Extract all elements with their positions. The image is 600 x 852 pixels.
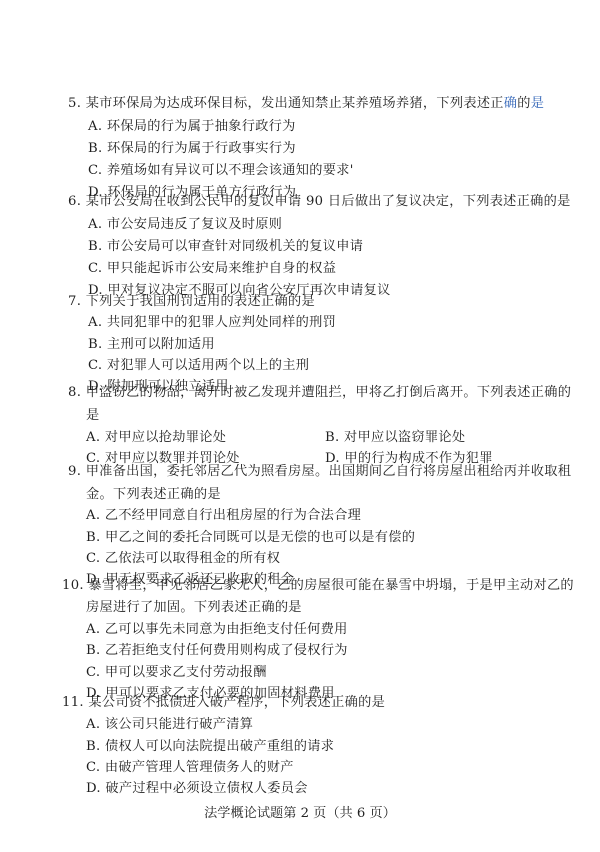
option-text: 市公安局违反了复议及时原则 [107, 217, 282, 232]
option-b: B. 市公安局可以审查针对同级机关的复议申请 [88, 239, 363, 255]
option-label: B. [325, 430, 339, 445]
question-stem: 11. 某公司资不抵债进入破产程序，下列表述正确的是 [62, 695, 385, 711]
stem-text: 暴雪将至，甲见邻居乙家无人，乙的房屋很可能在暴雪中坍塌，于是甲主动对乙的 [88, 578, 574, 593]
question-number: 5. [68, 96, 81, 112]
stem-text: 是 [86, 408, 100, 423]
question-stem-continued: 金。下列表述正确的是 [86, 487, 221, 503]
question-stem: 8. 甲盗窃乙的物品，离开时被乙发现并遭阻拦，甲将乙打倒后离开。下列表述正确的 [68, 385, 571, 401]
stem-text: 甲准备出国，委托邻居乙代为照看房屋。出国期间乙自行将房屋出租给丙并收取租 [86, 464, 572, 479]
option-b: B. 环保局的行为属于行政事实行为 [88, 141, 296, 157]
stem-text: 金。下列表述正确的是 [86, 487, 221, 502]
option-text: 债权人可以向法院提出破产重组的请求 [105, 739, 334, 754]
option-text: 甲只能起诉市公安局来维护自身的权益 [107, 261, 336, 276]
option-a: A. 市公安局违反了复议及时原则 [88, 217, 282, 233]
option-c: C. 养殖场如有异议可以不理会该通知的要求' [88, 163, 354, 179]
stem-text: 某市公安局在收到公民甲的复议申请 90 日后做出了复议决定，下列表述正确的是 [86, 194, 571, 209]
option-a: A. 乙可以事先未同意为由拒绝支付任何费用 [86, 622, 348, 638]
option-label: A. [86, 508, 100, 523]
stem-text: 房屋进行了加固。下列表述正确的是 [86, 600, 302, 615]
option-label: D. [86, 781, 101, 796]
option-label: B. [86, 530, 100, 545]
option-c: C. 甲只能起诉市公安局来维护自身的权益 [88, 261, 336, 277]
stem-text: 确 [504, 96, 518, 111]
option-label: A. [86, 622, 100, 637]
question-stem: 7. 下列关于我国刑罚适用的表述正确的是 [68, 294, 315, 310]
question-number: 10. [62, 578, 84, 594]
option-c: C. 由破产管理人管理债务人的财产 [86, 760, 294, 776]
exam-page: 5. 某市环保局为达成环保目标，发出通知禁止某养殖场养猪，下列表述正确的是 A.… [0, 0, 600, 852]
option-label: A. [88, 119, 102, 134]
option-text: 乙依法可以取得租金的所有权 [105, 551, 280, 566]
option-label: B. [88, 337, 102, 352]
option-c: C. 乙依法可以取得租金的所有权 [86, 551, 280, 567]
option-b: B. 主刑可以附加适用 [88, 337, 215, 353]
question-number: 11. [62, 695, 84, 711]
option-a: A. 乙不经甲同意自行出租房屋的行为合法合理 [86, 508, 361, 524]
option-text: 环保局的行为属于抽象行政行为 [107, 119, 296, 134]
option-label: C. [86, 760, 100, 775]
option-b: B. 甲乙之间的委托合同既可以是无偿的也可以是有偿的 [86, 530, 415, 546]
question-stem-continued: 房屋进行了加固。下列表述正确的是 [86, 600, 302, 616]
option-label: B. [86, 739, 100, 754]
option-label: A. [86, 717, 100, 732]
option-d: D. 破产过程中必须设立债权人委员会 [86, 781, 308, 797]
option-a: A. 共同犯罪中的犯罪人应判处同样的刑罚 [88, 315, 336, 331]
option-label: C. [88, 163, 102, 178]
option-text: 乙可以事先未同意为由拒绝支付任何费用 [105, 622, 348, 637]
option-label: B. [88, 239, 102, 254]
option-label: C. [88, 261, 102, 276]
option-a: A. 该公司只能进行破产清算 [86, 717, 253, 733]
option-a: A. 环保局的行为属于抽象行政行为 [88, 119, 296, 135]
option-text: 乙不经甲同意自行出租房屋的行为合法合理 [105, 508, 361, 523]
stem-text: 某市环保局为达成环保目标，发出通知禁止某养殖场养猪，下列表述正 [86, 96, 504, 111]
option-label: C. [86, 551, 100, 566]
option-label: B. [88, 141, 102, 156]
question-stem: 9. 甲准备出国，委托邻居乙代为照看房屋。出国期间乙自行将房屋出租给丙并收取租 [68, 464, 571, 480]
question-stem: 6. 某市公安局在收到公民甲的复议申请 90 日后做出了复议决定，下列表述正确的… [68, 194, 571, 210]
option-c: C. 对犯罪人可以适用两个以上的主刑 [88, 358, 309, 374]
option-b: B. 对甲应以盗窃罪论处 [325, 430, 465, 446]
option-text: 该公司只能进行破产清算 [105, 717, 253, 732]
option-text: 甲可以要求乙支付劳动报酬 [105, 665, 267, 680]
option-text: 环保局的行为属于行政事实行为 [107, 141, 296, 156]
option-c: C. 甲可以要求乙支付劳动报酬 [86, 665, 267, 681]
option-b: B. 乙若拒绝支付任何费用则构成了侵权行为 [86, 643, 348, 659]
question-number: 9. [68, 464, 81, 480]
option-text: 对犯罪人可以适用两个以上的主刑 [107, 358, 309, 373]
option-text: 对甲应以抢劫罪论处 [105, 430, 226, 445]
question-number: 7. [68, 294, 81, 310]
option-text: 养殖场如有异议可以不理会该通知的要求' [107, 163, 354, 178]
stem-text: 下列关于我国刑罚适用的表述正确的是 [86, 294, 315, 309]
option-b: B. 债权人可以向法院提出破产重组的请求 [86, 739, 334, 755]
stem-text: 是 [531, 96, 545, 111]
option-label: A. [88, 217, 102, 232]
page-footer: 法学概论试题第 2 页（共 6 页） [0, 806, 600, 822]
option-text: 破产过程中必须设立债权人委员会 [105, 781, 307, 796]
option-label: A. [88, 315, 102, 330]
option-text: 甲乙之间的委托合同既可以是无偿的也可以是有偿的 [105, 530, 415, 545]
option-text: 由破产管理人管理债务人的财产 [105, 760, 294, 775]
stem-text: 甲盗窃乙的物品，离开时被乙发现并遭阻拦，甲将乙打倒后离开。下列表述正确的 [86, 385, 572, 400]
option-label: B. [86, 643, 100, 658]
question-stem: 5. 某市环保局为达成环保目标，发出通知禁止某养殖场养猪，下列表述正确的是 [68, 96, 544, 112]
question-stem-continued: 是 [86, 408, 100, 424]
option-label: C. [88, 358, 102, 373]
option-label: C. [86, 665, 100, 680]
option-text: 乙若拒绝支付任何费用则构成了侵权行为 [105, 643, 348, 658]
stem-text: 的 [517, 96, 531, 111]
option-text: 共同犯罪中的犯罪人应判处同样的刑罚 [107, 315, 336, 330]
question-number: 6. [68, 194, 81, 210]
stem-text: 某公司资不抵债进入破产程序，下列表述正确的是 [88, 695, 385, 710]
option-text: 对甲应以盗窃罪论处 [344, 430, 465, 445]
option-text: 市公安局可以审查针对同级机关的复议申请 [107, 239, 363, 254]
option-a: A. 对甲应以抢劫罪论处 [86, 430, 226, 446]
option-text: 主刑可以附加适用 [107, 337, 215, 352]
option-label: A. [86, 430, 100, 445]
question-stem: 10. 暴雪将至，甲见邻居乙家无人，乙的房屋很可能在暴雪中坍塌，于是甲主动对乙的 [62, 578, 574, 594]
question-number: 8. [68, 385, 81, 401]
